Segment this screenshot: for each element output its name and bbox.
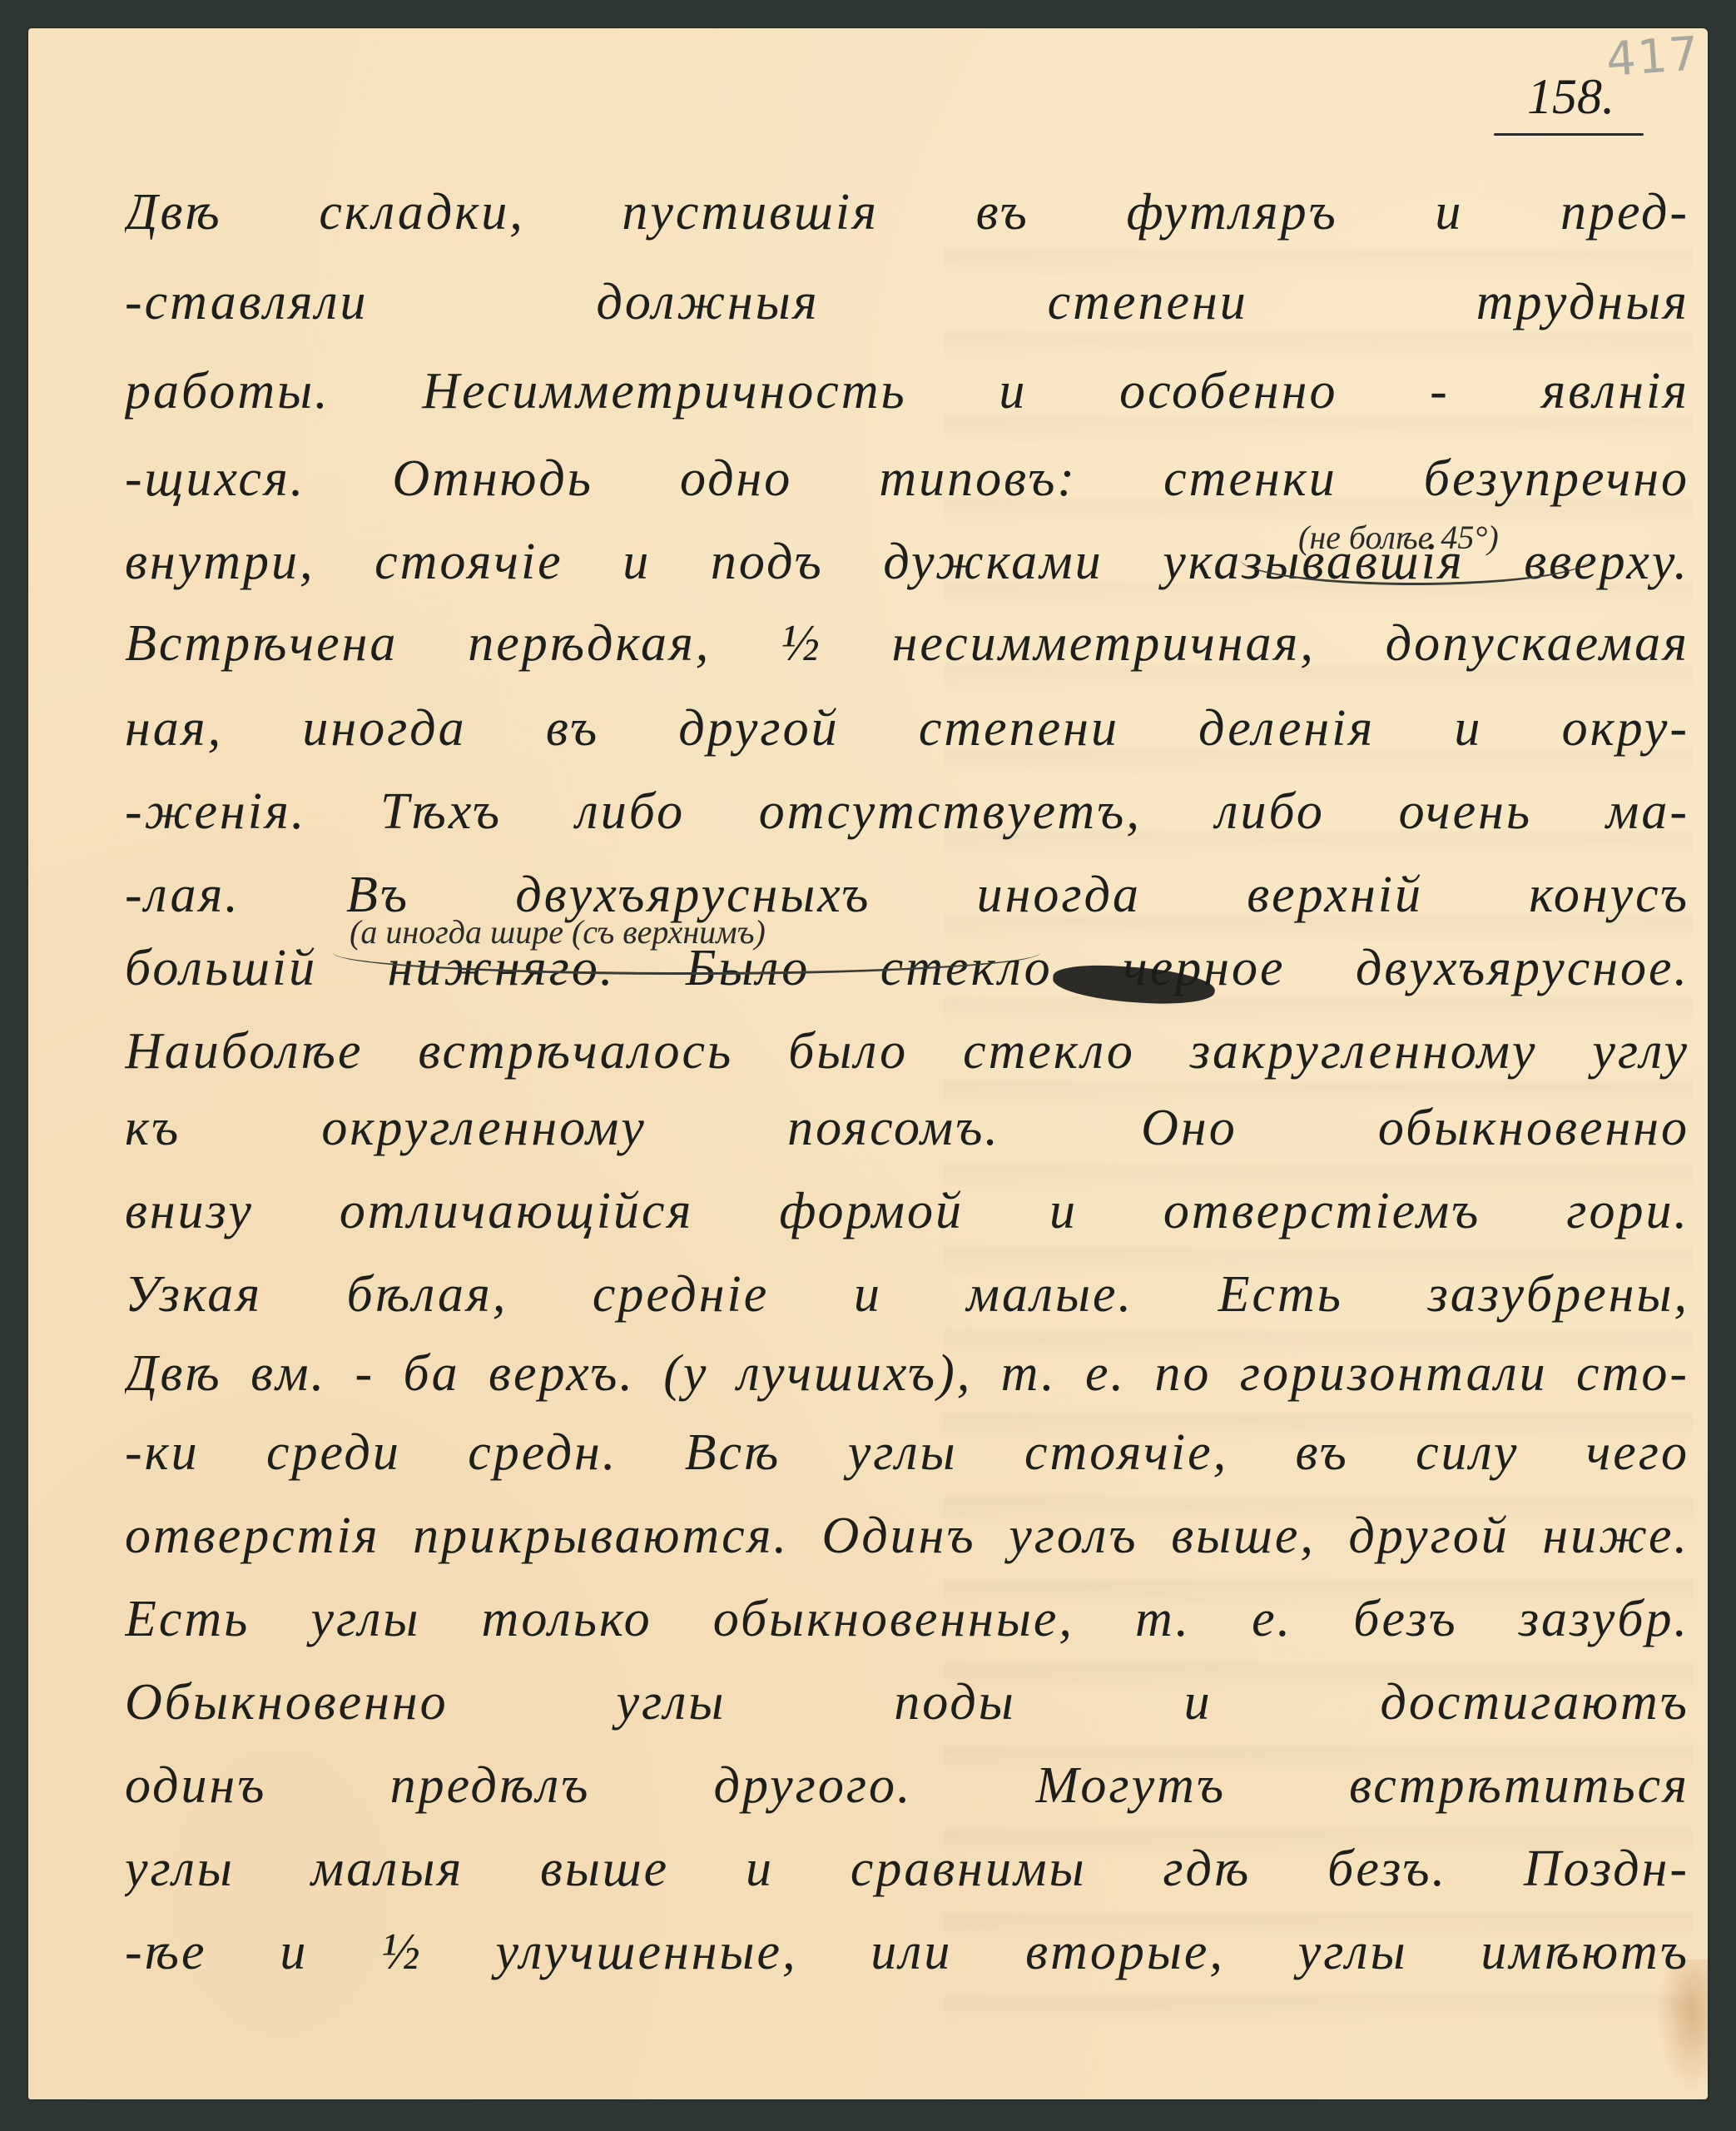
- text-line-7: ная, иногда въ другой степени деленія и …: [125, 699, 1689, 774]
- text-line-20: одинъ предѣлъ другого. Могутъ встрѣтитьс…: [125, 1756, 1689, 1831]
- text-line-18: Есть углы только обыкновенные, т. е. без…: [125, 1590, 1689, 1665]
- text-line-15: Двѣ вм. - ба верхъ. (у лучшихъ), т. е. п…: [125, 1344, 1689, 1419]
- text-line-19: Обыкновенно углы поды и достигаютъ: [125, 1673, 1689, 1748]
- text-line-13: внизу отличающійся формой и отверстіемъ …: [125, 1182, 1689, 1257]
- text-line-17: отверстія прикрываются. Одинъ уголъ выше…: [125, 1507, 1689, 1582]
- archive-folio-number: 417: [1605, 27, 1702, 87]
- text-line-8: -женія. Тѣхъ либо отсутствуетъ, либо оче…: [125, 782, 1689, 857]
- insert-bracket-line: [333, 931, 1040, 975]
- text-line-12: къ округленному поясомъ. Оно обыкновенно: [125, 1099, 1689, 1174]
- text-line-6: Встрѣчена перѣдкая, ½ несимметричная, до…: [125, 614, 1689, 689]
- insert-bracket-line: [1240, 533, 1590, 585]
- page-number: 158.: [1527, 68, 1614, 126]
- text-line-16: -ки среди средн. Всѣ углы стоячіе, въ си…: [125, 1423, 1689, 1498]
- text-line-4: -щихся. Отнюдь одно типовъ: стенки безуп…: [125, 450, 1689, 524]
- page-number-underline: [1494, 133, 1644, 136]
- text-line-1: Двѣ складки, пустившія въ футляръ и пред…: [125, 183, 1689, 258]
- text-line-21: углы малыя выше и сравнимы гдѣ безъ. Поз…: [125, 1840, 1689, 1915]
- text-line-3: работы. Несимметричность и особенно - яв…: [125, 362, 1689, 437]
- text-line-22: -ѣе и ½ улучшенные, или вторые, углы имѣ…: [125, 1923, 1689, 1998]
- text-line-11: Наиболѣе встрѣчалось было стекло закругл…: [125, 1022, 1689, 1097]
- text-line-14: Узкая бѣлая, средніе и малые. Есть зазуб…: [125, 1265, 1689, 1340]
- text-line-2: -ставляли должныя степени трудныя: [125, 273, 1689, 348]
